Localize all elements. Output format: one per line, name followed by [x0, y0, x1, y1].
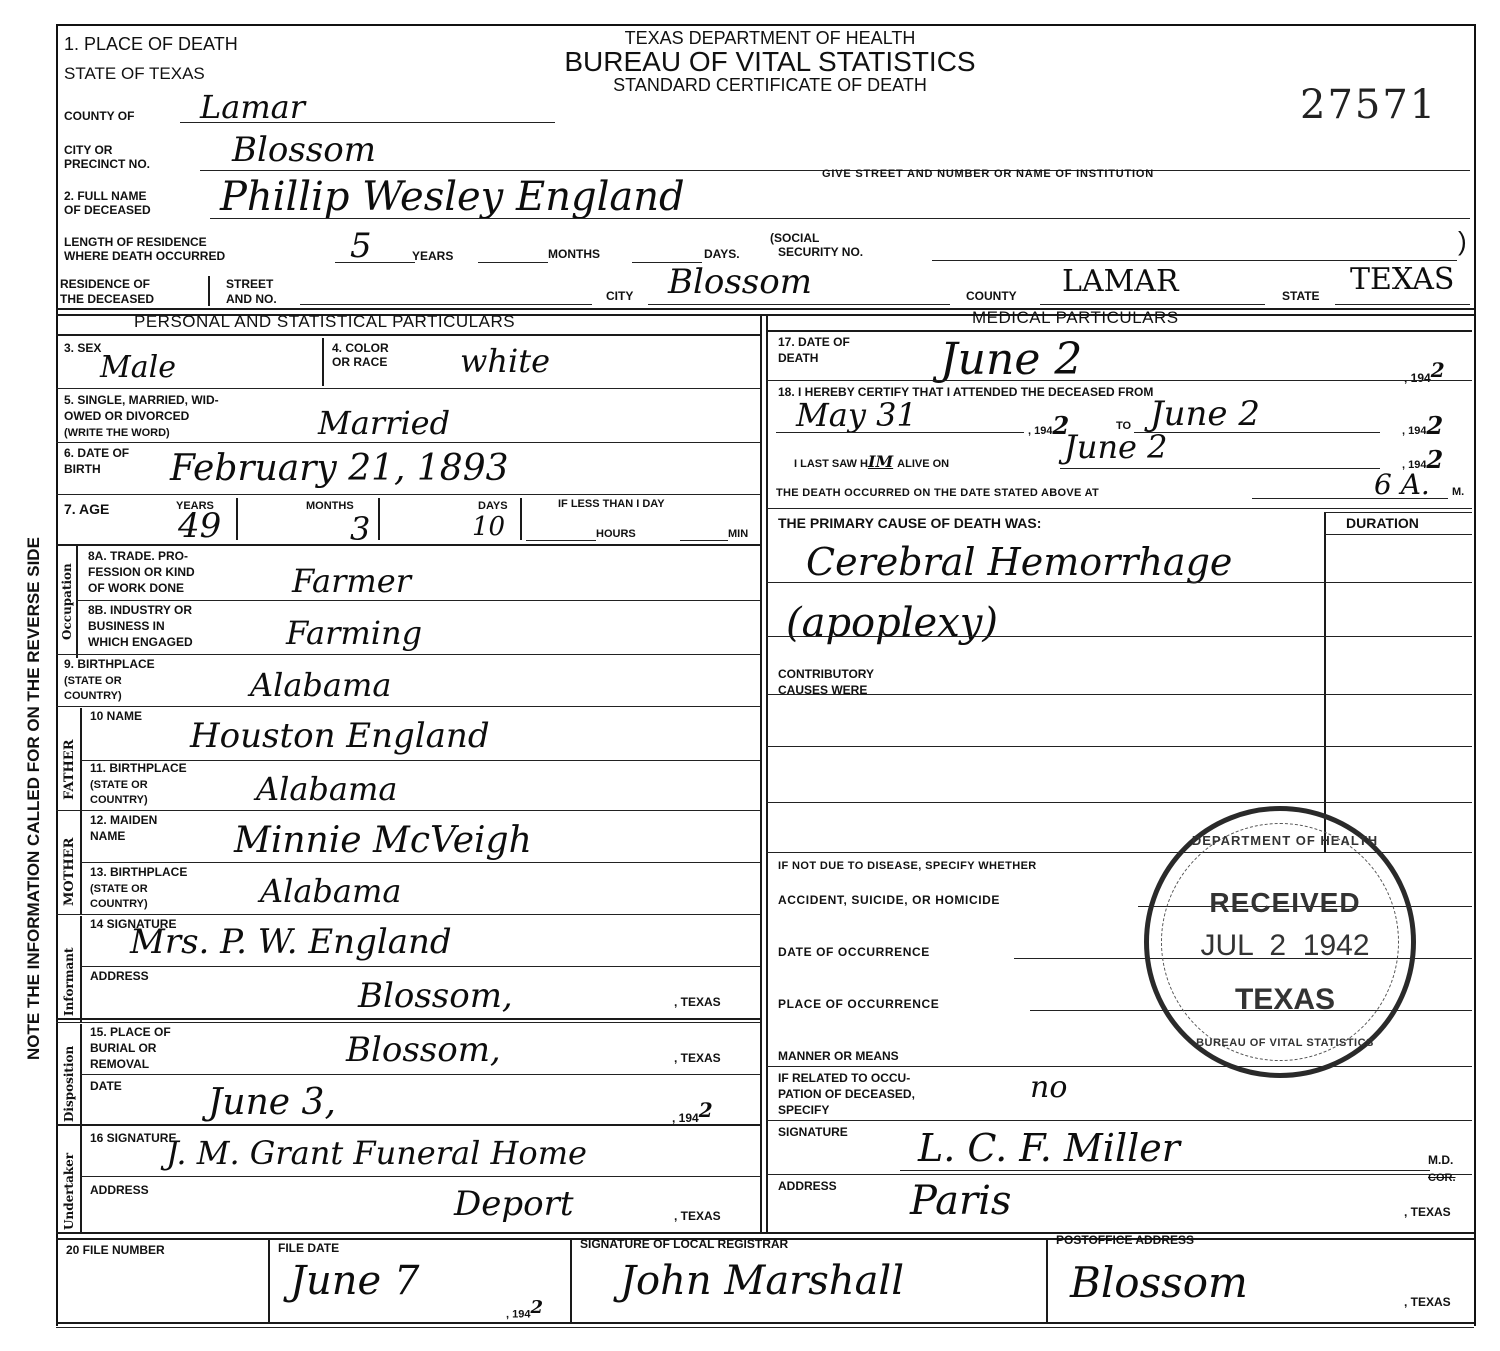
attended-from-value: May 31 — [796, 396, 917, 434]
row-rule-2 — [56, 442, 760, 443]
father-name-value: Houston England — [190, 716, 490, 756]
filing-divider-3 — [1046, 1238, 1048, 1322]
industry-label-3: WHICH ENGAGED — [88, 636, 193, 649]
stamp-received: RECEIVED — [1149, 887, 1421, 919]
column-divider-2 — [766, 314, 768, 1234]
undertaker-signature-label: 16 SIGNATURE — [90, 1132, 176, 1145]
mother-birthplace-value: Alabama — [260, 872, 401, 910]
file-date-year-prefix: , 194 — [506, 1309, 530, 1321]
informant-address-label: ADDRESS — [90, 970, 149, 983]
duration-label: DURATION — [1346, 516, 1419, 531]
occupation-tab: Occupation — [60, 563, 74, 640]
certificate-title: STANDARD CERTIFICATE OF DEATH — [490, 76, 1050, 94]
attended-to-year-prefix: , 194 — [1402, 425, 1426, 437]
race-label-1: 4. COLOR — [332, 342, 389, 355]
mother-tab-divider — [80, 812, 82, 914]
undertaker-address-state: , TEXAS — [674, 1210, 721, 1223]
age-divider-3 — [520, 498, 522, 540]
state-of-texas-label: STATE OF TEXAS — [64, 66, 205, 81]
residence-city-line — [648, 304, 950, 305]
dob-value: February 21, 1893 — [170, 448, 509, 489]
full-name-label-2: OF DECEASED — [64, 204, 151, 217]
primary-cause-label: THE PRIMARY CAUSE OF DEATH WAS: — [778, 516, 1041, 531]
dob-label-2: BIRTH — [64, 463, 101, 476]
row-rule-6 — [56, 654, 760, 655]
less-than-day-label: IF LESS THAN I DAY — [558, 498, 665, 510]
ssn-label-1: (SOCIAL — [770, 232, 819, 245]
personal-title-rule — [56, 334, 760, 336]
mother-name-value: Minnie McVeigh — [234, 820, 532, 861]
months-line — [478, 262, 548, 263]
street-line — [300, 304, 592, 305]
undertaker-tab: Undertaker — [62, 1153, 76, 1230]
burial-year-prefix-text: , 194 — [672, 1111, 699, 1125]
residence-divider — [208, 276, 210, 306]
ssn-line — [932, 260, 1457, 261]
mother-birthplace-label-2: (STATE OR — [90, 883, 148, 895]
last-saw-value: June 2 — [1064, 428, 1168, 466]
death-time-label: THE DEATH OCCURRED ON THE DATE STATED AB… — [776, 487, 1099, 499]
file-number-field — [66, 1264, 262, 1314]
row-rule-4 — [56, 544, 760, 546]
marital-label-1: 5. SINGLE, MARRIED, WID- — [64, 394, 219, 407]
hours-line — [526, 540, 596, 541]
cause-rule-4 — [766, 746, 1472, 747]
mother-birthplace-label-3: COUNTRY) — [90, 898, 148, 910]
physician-address-label: ADDRESS — [778, 1180, 837, 1193]
undertaker-signature-value: J. M. Grant Funeral Home — [166, 1134, 587, 1172]
age-divider-2 — [378, 498, 380, 540]
row-rule-3 — [56, 494, 760, 495]
trade-value: Farmer — [292, 562, 411, 600]
related-rule — [766, 1120, 1472, 1121]
trade-label-1: 8A. TRADE. PRO- — [88, 550, 188, 563]
cause-rule-1 — [766, 582, 1472, 583]
burial-label-2: BURIAL OR — [90, 1042, 156, 1055]
occurrence-place-label: PLACE OF OCCURRENCE — [778, 998, 939, 1011]
bottom-rule-2 — [56, 1327, 1474, 1328]
street-label-2: AND NO. — [226, 293, 277, 306]
trade-label-3: OF WORK DONE — [88, 582, 184, 595]
md-label: M.D. — [1428, 1154, 1453, 1167]
burial-date-value: June 3, — [208, 1082, 336, 1123]
medical-rule-1 — [766, 380, 1472, 381]
undertaker-address-value: Deport — [454, 1184, 574, 1224]
informant-signature-value: Mrs. P. W. England — [130, 922, 452, 962]
burial-value: Blossom, — [346, 1030, 501, 1070]
years-label: YEARS — [412, 250, 453, 263]
personal-section-title: PERSONAL AND STATISTICAL PARTICULARS — [134, 314, 515, 329]
sex-label: 3. SEX — [64, 342, 101, 355]
father-name-label: 10 NAME — [90, 710, 142, 723]
not-disease-label: IF NOT DUE TO DISEASE, SPECIFY WHETHER — [778, 860, 1037, 872]
marital-label-3: (WRITE THE WORD) — [64, 427, 170, 439]
institution-hint: GIVE STREET AND NUMBER OR NAME OF INSTIT… — [822, 168, 1154, 180]
duration-header-rule — [1324, 534, 1472, 535]
min-label: MIN — [728, 528, 748, 540]
file-number-label: 20 FILE NUMBER — [66, 1244, 165, 1257]
father-tab: FATHER — [62, 739, 77, 800]
residence-county-line — [1040, 304, 1265, 305]
duration-top-rule — [1324, 512, 1472, 513]
last-saw-label-2: ALIVE ON — [897, 458, 949, 470]
duration-divider — [1324, 512, 1326, 852]
registrar-label: SIGNATURE OF LOCAL REGISTRAR — [580, 1238, 788, 1251]
age-months-value: 3 — [350, 510, 370, 548]
father-birthplace-label-2: (STATE OR — [90, 779, 148, 791]
stamp-bottom-arc: BUREAU OF VITAL STATISTICS — [1169, 1037, 1401, 1049]
burial-label-1: 15. PLACE OF — [90, 1026, 171, 1039]
attended-from-year: , 1942 — [1028, 420, 1069, 437]
marital-value: Married — [318, 404, 450, 442]
residence-length-label-2: WHERE DEATH OCCURRED — [64, 250, 225, 263]
sex-race-divider — [322, 338, 324, 386]
attended-to-line — [1134, 432, 1380, 433]
residence-state-label: STATE — [1282, 290, 1320, 303]
residence-years-value: 5 — [350, 226, 372, 266]
birthplace-label-3: COUNTRY) — [64, 690, 122, 702]
undertaker-address-label: ADDRESS — [90, 1184, 149, 1197]
burial-date-label: DATE — [90, 1080, 122, 1093]
industry-label-2: BUSINESS IN — [88, 620, 165, 633]
city-label-1: CITY OR — [64, 144, 112, 157]
ssn-close: ) — [1458, 226, 1467, 257]
occurrence-date-label: DATE OF OCCURRENCE — [778, 946, 930, 959]
informant-tab-divider — [80, 916, 82, 1022]
residence-label-2: THE DECEASED — [60, 293, 154, 306]
stamp-top-arc: DEPARTMENT OF HEALTH — [1169, 833, 1401, 848]
related-label-1: IF RELATED TO OCCU- — [778, 1072, 910, 1085]
last-saw-pronoun: im — [868, 452, 893, 471]
attended-from-year-prefix: , 194 — [1028, 425, 1052, 437]
row-rule-16 — [80, 1176, 760, 1177]
dod-value: June 2 — [940, 334, 1082, 385]
row-rule-15 — [56, 1124, 760, 1126]
physician-rule — [766, 1174, 1472, 1175]
manner-label: MANNER OR MEANS — [778, 1050, 899, 1063]
street-label-1: STREET — [226, 278, 273, 291]
dod-year-prefix: , 194 — [1404, 371, 1431, 385]
filing-divider-2 — [570, 1238, 572, 1322]
medical-section-title: MEDICAL PARTICULARS — [972, 310, 1179, 325]
city-value: Blossom — [232, 130, 376, 170]
last-saw-label-1: I LAST SAW H — [794, 458, 868, 470]
death-time-value: 6 A. — [1374, 468, 1430, 501]
header-rule-1 — [56, 308, 1474, 310]
department-title: TEXAS DEPARTMENT OF HEALTH — [490, 28, 1050, 48]
residence-label-1: RESIDENCE OF — [60, 278, 150, 291]
residence-state-value: TEXAS — [1350, 262, 1454, 297]
contributory-label-1: CONTRIBUTORY — [778, 668, 874, 681]
bureau-title: BUREAU OF VITAL STATISTICS — [490, 48, 1050, 76]
form-header: TEXAS DEPARTMENT OF HEALTH BUREAU OF VIT… — [490, 28, 1050, 94]
county-line — [180, 122, 555, 123]
related-label-2: PATION OF DECEASED, — [778, 1088, 915, 1101]
bottom-rule-1 — [56, 1322, 1474, 1324]
reverse-side-note: NOTE THE INFORMATION CALLED FOR ON THE R… — [26, 537, 41, 1060]
father-birthplace-label-1: 11. BIRTHPLACE — [90, 762, 187, 775]
postoffice-label: POSTOFFICE ADDRESS — [1056, 1234, 1194, 1247]
burial-label-3: REMOVAL — [90, 1058, 149, 1071]
death-time-line — [1252, 498, 1448, 499]
ssn-label-2: SECURITY NO. — [778, 246, 863, 259]
physician-signature-line — [900, 1170, 1430, 1171]
certificate-number: 27571 — [1300, 82, 1437, 128]
residence-city-value: Blossom — [668, 262, 812, 302]
cause-rule-2 — [766, 636, 1472, 637]
file-date-label: FILE DATE — [278, 1242, 339, 1255]
mother-name-label-2: NAME — [90, 830, 125, 843]
informant-address-state: , TEXAS — [674, 996, 721, 1009]
cor-label: COR. — [1428, 1172, 1456, 1184]
row-rule-5 — [76, 600, 760, 601]
ssn-field[interactable] — [932, 244, 1457, 260]
primary-cause-line-1: Cerebral Hemorrhage — [806, 540, 1232, 584]
age-divider-1 — [236, 498, 238, 540]
father-birthplace-label-3: COUNTRY) — [90, 794, 148, 806]
age-months-label: MONTHS — [306, 500, 354, 512]
row-rule-13a — [56, 1018, 760, 1020]
stamp-date: JUL 2 1942 — [1149, 929, 1421, 963]
row-rule-11 — [56, 914, 760, 915]
dod-year-suffix: 2 — [1431, 358, 1445, 382]
attended-from-line — [776, 432, 1024, 433]
postoffice-value: Blossom — [1070, 1258, 1248, 1307]
filing-rule-1 — [56, 1232, 1474, 1234]
days-label: DAYS. — [704, 248, 740, 261]
physician-address-value: Paris — [910, 1178, 1011, 1224]
burial-state: , TEXAS — [674, 1052, 721, 1065]
full-name-label-1: 2. FULL NAME — [64, 190, 146, 203]
residence-length-label-1: LENGTH OF RESIDENCE — [64, 236, 207, 249]
cause-rule-5 — [766, 802, 1472, 803]
birthplace-value: Alabama — [250, 666, 391, 704]
race-label-2: OR RACE — [332, 356, 387, 369]
trade-label-2: FESSION OR KIND — [88, 566, 195, 579]
registrar-signature: John Marshall — [620, 1258, 904, 1304]
years-line — [335, 262, 415, 263]
attended-to-year: , 1942 — [1402, 420, 1443, 437]
file-date-year: , 1942 — [506, 1302, 543, 1321]
industry-value: Farming — [286, 614, 422, 652]
city-label-2: PRECINCT NO. — [64, 158, 150, 171]
occupation-tab-divider — [76, 546, 78, 658]
sex-value: Male — [100, 350, 176, 385]
medical-rule-2 — [766, 508, 1472, 509]
mother-birthplace-label-1: 13. BIRTHPLACE — [90, 866, 187, 879]
last-saw-line — [1060, 468, 1380, 469]
related-value: no — [1030, 1070, 1067, 1105]
postoffice-state: , TEXAS — [1404, 1296, 1451, 1309]
burial-year-suffix: 2 — [699, 1098, 713, 1122]
death-time-suffix: M. — [1452, 486, 1464, 498]
attended-to-year-suffix: 2 — [1426, 411, 1443, 440]
place-of-death-label: 1. PLACE OF DEATH — [64, 34, 238, 54]
residence-county-value: LAMAR — [1062, 264, 1179, 299]
mother-tab: MOTHER — [62, 838, 77, 906]
age-days-value: 10 — [472, 512, 505, 542]
min-line — [680, 540, 728, 541]
dod-label-2: DEATH — [778, 352, 818, 365]
burial-year-prefix: , 1942 — [672, 1104, 713, 1125]
county-label: COUNTY OF — [64, 110, 134, 123]
related-label-3: SPECIFY — [778, 1104, 829, 1117]
birthplace-label-2: (STATE OR — [64, 675, 122, 687]
filing-divider-1 — [268, 1238, 270, 1322]
dob-label-1: 6. DATE OF — [64, 447, 129, 460]
informant-address-value: Blossom, — [358, 976, 513, 1016]
informant-tab: Informant — [62, 947, 76, 1016]
disposition-tab: Disposition — [62, 1046, 76, 1122]
dod-label-1: 17. DATE OF — [778, 336, 850, 349]
file-date-year-suffix: 2 — [530, 1297, 543, 1318]
accident-label: ACCIDENT, SUICIDE, OR HOMICIDE — [778, 894, 1000, 907]
birthplace-label-1: 9. BIRTHPLACE — [64, 658, 155, 671]
row-rule-10 — [80, 862, 760, 863]
disposition-tab-divider — [80, 1024, 82, 1126]
stamp-state: TEXAS — [1149, 983, 1421, 1017]
residence-state-line — [1335, 304, 1470, 305]
physician-address-state: , TEXAS — [1404, 1206, 1451, 1219]
primary-cause-line-2: (apoplexy) — [786, 600, 998, 646]
last-saw-label: I LAST SAW HimALIVE ON — [794, 456, 949, 470]
hours-label: HOURS — [596, 528, 636, 540]
row-rule-12 — [80, 966, 760, 967]
months-label: MONTHS — [548, 248, 600, 261]
marital-label-2: OWED OR DIVORCED — [64, 410, 189, 423]
medical-title-rule — [766, 330, 1472, 332]
father-birthplace-value: Alabama — [256, 770, 397, 808]
row-rule-13b — [56, 1022, 760, 1023]
race-value: white — [460, 342, 550, 380]
cause-rule-3 — [766, 694, 1472, 695]
age-years-value: 49 — [178, 506, 221, 546]
manner-rule — [766, 1066, 1472, 1067]
age-label: 7. AGE — [64, 502, 109, 517]
contributory-label-2: CAUSES WERE — [778, 684, 867, 697]
county-value: Lamar — [200, 88, 305, 126]
full-name-value: Phillip Wesley England — [220, 174, 685, 220]
row-rule-7 — [56, 706, 760, 707]
received-stamp: DEPARTMENT OF HEALTH RECEIVED JUL 2 1942… — [1144, 806, 1416, 1078]
mother-name-label-1: 12. MAIDEN — [90, 814, 157, 827]
full-name-line — [210, 218, 1470, 219]
industry-label-1: 8B. INDUSTRY OR — [88, 604, 192, 617]
row-rule-1 — [56, 388, 760, 389]
row-rule-9 — [56, 810, 760, 811]
dod-year: , 1942 — [1404, 364, 1445, 385]
physician-signature-label: SIGNATURE — [778, 1126, 848, 1139]
row-rule-14 — [80, 1074, 760, 1075]
residence-city-label: CITY — [606, 290, 633, 303]
physician-signature-value: L. C. F. Miller — [918, 1126, 1180, 1170]
undertaker-tab-divider — [80, 1126, 82, 1232]
age-days-label: DAYS — [478, 500, 508, 512]
file-date-value: June 7 — [290, 1258, 419, 1304]
residence-county-label: COUNTY — [966, 290, 1017, 303]
column-divider-1 — [760, 314, 762, 1234]
